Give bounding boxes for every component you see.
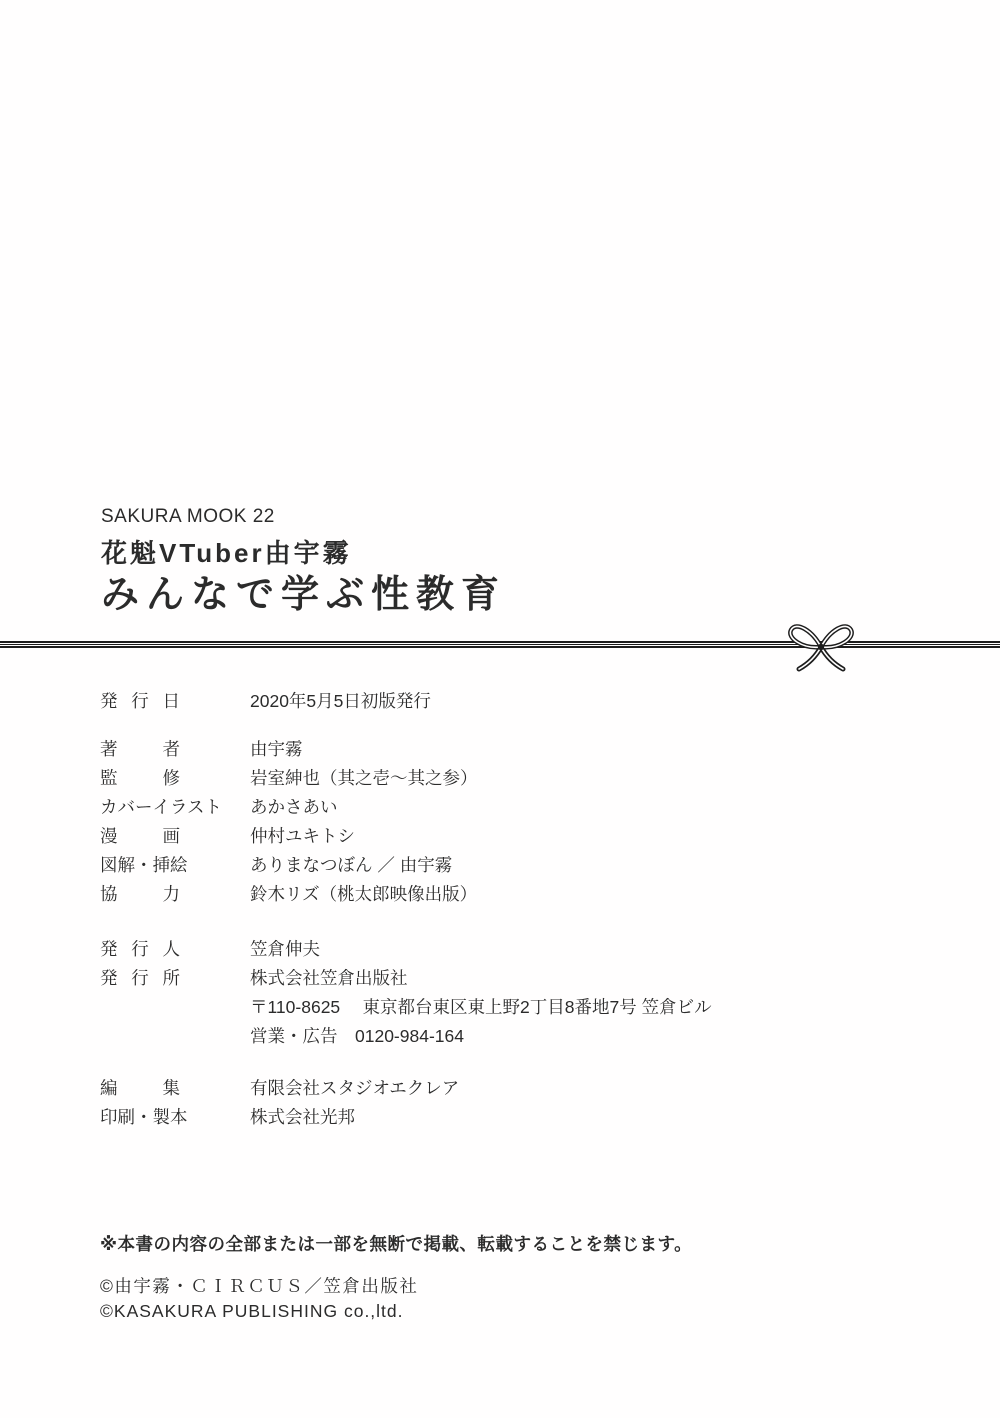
row-value: 仲村ユキトシ xyxy=(250,822,355,851)
copyright-line-2: ©KASAKURA PUBLISHING co.,ltd. xyxy=(100,1299,930,1324)
row-label: カバーイラスト xyxy=(100,797,222,817)
row-label: 著者 xyxy=(100,735,180,764)
row-label: 図解・挿絵 xyxy=(100,855,188,875)
colophon-row: カバーイラスト あかさあい xyxy=(100,793,930,822)
colophon-row: 漫画 仲村ユキトシ xyxy=(100,822,930,851)
book-title: みんなで学ぶ性教育 xyxy=(101,573,506,617)
row-label: 発行日 xyxy=(100,687,180,716)
reproduction-notice: ※本書の内容の全部または一部を無断で掲載、転載することを禁じます。 xyxy=(100,1232,930,1257)
colophon-row: 発行人 笠倉伸夫 xyxy=(100,935,930,964)
colophon-row: 図解・挿絵 ありまなつぼん ／ 由宇霧 xyxy=(100,851,930,880)
row-value: 有限会社スタジオエクレア xyxy=(250,1074,459,1103)
colophon-row: 監修 岩室紳也（其之壱～其之参） xyxy=(100,764,930,793)
colophon-page: SAKURA MOOK 22 花魁VTuber由宇霧 みんなで学ぶ性教育 発行日… xyxy=(0,0,1000,1418)
colophon-row: 編集 有限会社スタジオエクレア xyxy=(100,1074,930,1103)
publisher-address: 〒110-8625 東京都台東区東上野2丁目8番地7号 笠倉ビル xyxy=(250,993,712,1022)
row-value: あかさあい xyxy=(250,793,338,822)
colophon-row: 協力 鈴木リズ（桃太郎映像出版） xyxy=(100,880,930,909)
series-label: SAKURA MOOK 22 xyxy=(101,506,506,528)
colophon-row: 発行所 株式会社笠倉出版社 xyxy=(100,964,930,993)
row-label: 発行人 xyxy=(100,935,180,964)
colophon-row: 発行日 2020年5月5日初版発行 xyxy=(100,687,930,716)
row-value: 岩室紳也（其之壱～其之参） xyxy=(250,764,478,793)
row-value: 2020年5月5日初版発行 xyxy=(250,687,431,716)
row-label: 編集 xyxy=(100,1074,180,1103)
colophon-row: 著者 由宇霧 xyxy=(100,735,930,764)
copyright-line-1: ©由宇霧・ＣＩＲＣＵＳ／笠倉出版社 xyxy=(100,1274,930,1299)
book-subtitle: 花魁VTuber由宇霧 xyxy=(101,537,506,569)
row-value: 由宇霧 xyxy=(250,735,303,764)
row-label: 発行所 xyxy=(100,964,180,993)
colophon-row publisher-phone-row: 営業・広告 0120-984-164 xyxy=(100,1022,930,1051)
row-label: 監修 xyxy=(100,764,180,793)
row-label: 漫画 xyxy=(100,822,180,851)
publisher-phone: 営業・広告 0120-984-164 xyxy=(250,1022,464,1051)
row-label: 協力 xyxy=(100,880,180,909)
copyright-block: ©由宇霧・ＣＩＲＣＵＳ／笠倉出版社 ©KASAKURA PUBLISHING c… xyxy=(100,1274,930,1324)
title-block: SAKURA MOOK 22 花魁VTuber由宇霧 みんなで学ぶ性教育 xyxy=(101,506,506,617)
row-value: 鈴木リズ（桃太郎映像出版） xyxy=(250,880,477,909)
row-value: 株式会社笠倉出版社 xyxy=(250,964,408,993)
colophon-row: 印刷・製本 株式会社光邦 xyxy=(100,1103,930,1132)
colophon-row publisher-address-row: 〒110-8625 東京都台東区東上野2丁目8番地7号 笠倉ビル xyxy=(100,993,930,1022)
row-value: ありまなつぼん ／ 由宇霧 xyxy=(250,851,452,880)
ribbon-bow-icon xyxy=(786,616,856,674)
row-value: 株式会社光邦 xyxy=(250,1103,355,1132)
row-label: 印刷・製本 xyxy=(100,1107,188,1127)
row-value: 笠倉伸夫 xyxy=(250,935,320,964)
colophon-body: 発行日 2020年5月5日初版発行 著者 由宇霧 監修 岩室紳也（其之壱～其之参… xyxy=(100,687,930,1324)
